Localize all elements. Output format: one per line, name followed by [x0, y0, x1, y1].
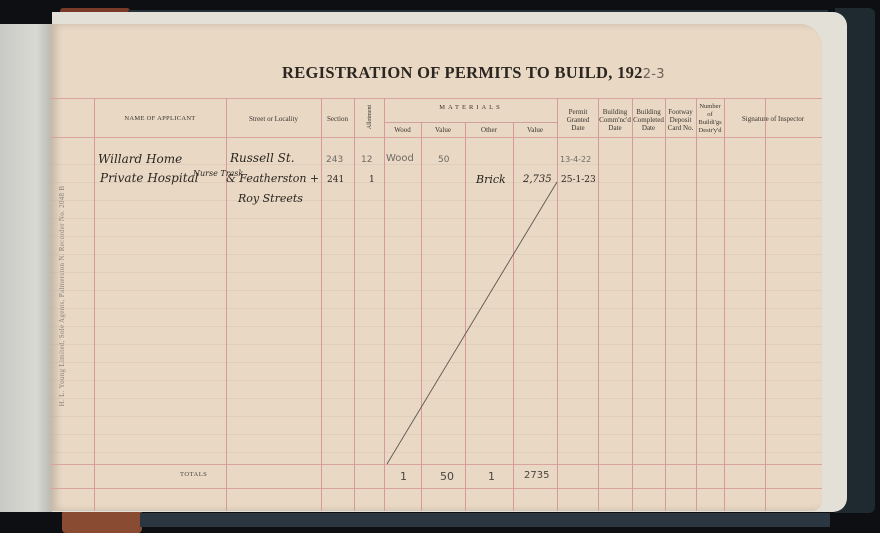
left-page-edge: [0, 24, 52, 512]
ledger-page: REGISTRATION OF PERMITS TO BUILD, 1922-3…: [50, 24, 822, 511]
totals-other-value: 2735: [524, 470, 549, 481]
book-cover-bottom: [140, 513, 830, 527]
diagonal-strike-line: [50, 24, 822, 511]
book-cover-bottom-spine: [62, 510, 142, 533]
totals-other: 1: [488, 470, 495, 483]
totals-wood-value: 50: [440, 470, 454, 483]
totals-wood: 1: [400, 470, 407, 483]
totals-label: TOTALS: [180, 471, 207, 478]
